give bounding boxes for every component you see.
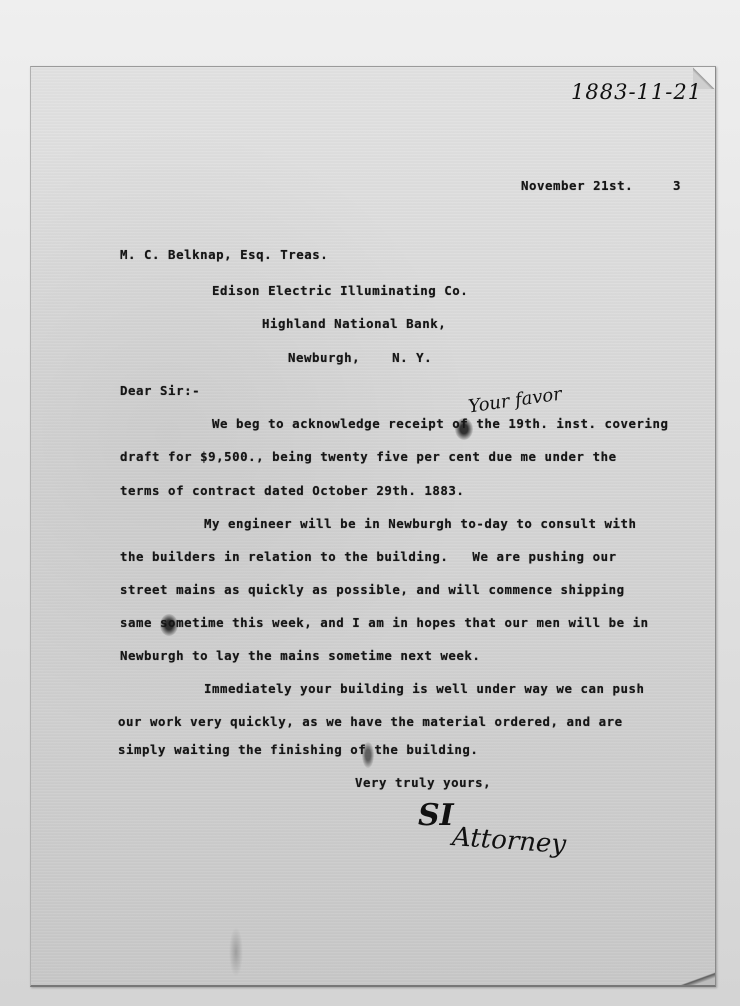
address-line-city: Newburgh, N. Y. [288, 350, 432, 365]
address-line-company: Edison Electric Illuminating Co. [212, 283, 468, 298]
body-line-2: draft for $9,500., being twenty five per… [120, 449, 617, 464]
body-line-11: simply waiting the finishing of the buil… [118, 742, 478, 757]
body-line-1: We beg to acknowledge receipt of the 19t… [212, 416, 669, 431]
handwritten-date: 1883-11-21 [571, 80, 702, 104]
body-line-3: terms of contract dated October 29th. 18… [120, 483, 464, 498]
body-line-8: Newburgh to lay the mains sometime next … [120, 648, 480, 663]
body-line-9: Immediately your building is well under … [204, 681, 645, 696]
closing: Very truly yours, [355, 775, 491, 790]
body-line-6: street mains as quickly as possible, and… [120, 582, 625, 597]
address-line-bank: Highland National Bank, [262, 316, 446, 331]
folded-corner-bottom [675, 971, 715, 985]
ink-blot [160, 614, 178, 636]
ink-blot [362, 742, 374, 768]
signature-initials: SI [418, 798, 454, 833]
body-line-4: My engineer will be in Newburgh to-day t… [204, 516, 637, 531]
body-line-10: our work very quickly, as we have the ma… [118, 714, 623, 729]
address-line-recipient: M. C. Belknap, Esq. Treas. [120, 247, 328, 262]
body-line-7: same sometime this week, and I am in hop… [120, 615, 649, 630]
smudge-mark [229, 927, 243, 977]
body-line-5: the builders in relation to the building… [120, 549, 617, 564]
salutation: Dear Sir:- [120, 383, 200, 398]
page-number: 3 [673, 178, 681, 193]
date-line: November 21st. [521, 178, 633, 193]
